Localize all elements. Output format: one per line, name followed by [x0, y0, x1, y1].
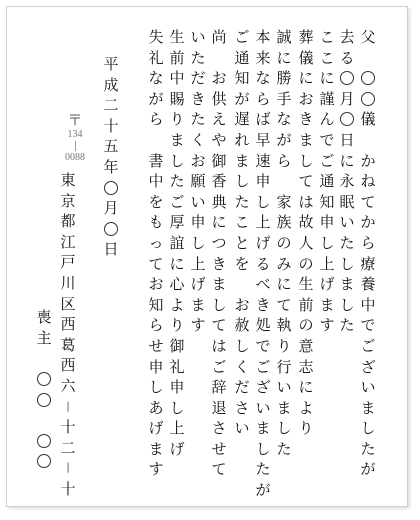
letter-line: ここに謹んでご通知申し上げます [317, 27, 337, 336]
placeholder-circle-icon [104, 181, 118, 195]
letter-line: 尚お供えや御香典につきましてはご辞退させて [209, 27, 229, 480]
placeholder-circle-icon [104, 222, 118, 236]
letter-line: ご通知が遅れましたことをお赦しください [232, 27, 252, 439]
sender-address: 東京都江戸川区西葛西六|十二|十 [58, 170, 78, 500]
postal-code-lower: 0088 [60, 152, 90, 163]
placeholder-circle-icon [340, 71, 354, 85]
postal-code-upper: 134 [60, 129, 90, 140]
letter-line: 去る月日に永眠いたしました [337, 27, 357, 336]
placeholder-circle-icon [340, 112, 354, 126]
placeholder-circle-icon [37, 434, 51, 448]
placeholder-circle-icon [37, 372, 51, 386]
letter-line: 生前中賜りましたご厚誼に心より御礼申し上げ [167, 27, 187, 459]
postal-code: 〒 134 0088 [60, 113, 90, 163]
letter-line: 葬儀におきましては故人の生前の意志により [296, 27, 316, 439]
signer-title: 喪主 [34, 307, 54, 348]
postal-mark-icon: 〒 [60, 113, 90, 129]
postal-divider [75, 141, 76, 151]
letter-line: 父儀かねてから療養中でございましたが [358, 27, 378, 480]
placeholder-circle-icon [361, 71, 375, 85]
signer-name [34, 369, 54, 472]
letter-line: いただきたくお願い申し上げます [188, 27, 208, 336]
letter-date: 平成二十五年月日 [101, 54, 121, 260]
placeholder-circle-icon [361, 92, 375, 106]
letter-line: 本来ならば早速申し上げるべき処でございましたが [253, 27, 273, 501]
letter-line: 誠に勝手ながら家族のみにて執り行いました [274, 27, 294, 459]
placeholder-circle-icon [37, 454, 51, 468]
placeholder-circle-icon [37, 393, 51, 407]
letter-line: 失礼ながら書中をもってお知らせ申しあげます [146, 27, 166, 480]
